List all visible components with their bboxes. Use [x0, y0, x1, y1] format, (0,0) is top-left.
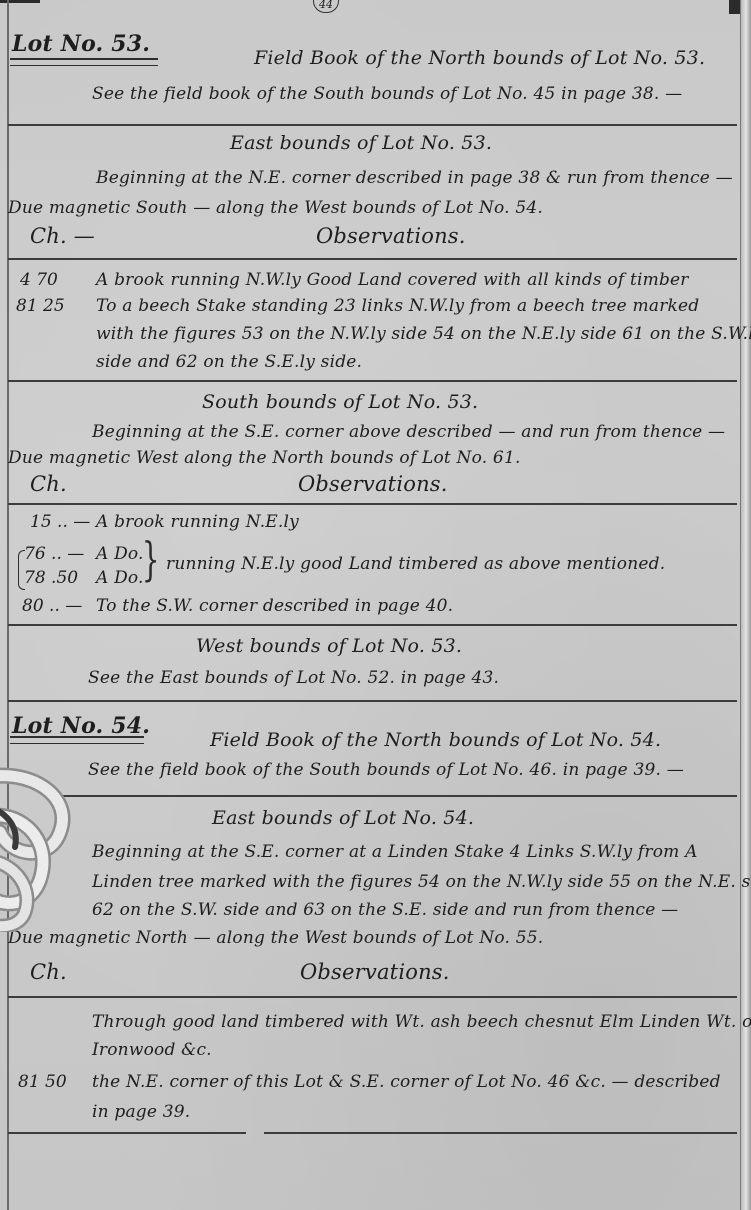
lot-53-north-title: Field Book of the North bounds of Lot No… [254, 48, 705, 68]
chains-value: 4 70 [20, 270, 58, 290]
lot-54-north-reference: See the field book of the South bounds o… [88, 760, 684, 780]
lot-54-east-beginning: 62 on the S.W. side and 63 on the S.E. s… [92, 900, 678, 920]
margin-rule [7, 0, 9, 1210]
lot-53-label: Lot No. 53. [12, 34, 150, 54]
lot-54-label: Lot No. 54. [12, 716, 150, 736]
bracket-mark [18, 550, 25, 590]
observation-text: To a beech Stake standing 23 links N.W.l… [96, 296, 699, 316]
section-divider [8, 996, 737, 998]
observation-text: side and 62 on the S.E.ly side. [96, 352, 362, 372]
observations-header: Observations. [300, 962, 450, 982]
observations-header: Observations. [298, 474, 448, 494]
brace-mark: } [142, 536, 160, 582]
section-divider [8, 1132, 246, 1134]
bracket-note: running N.E.ly good Land timbered as abo… [166, 554, 665, 574]
observation-text: Through good land timbered with Wt. ash … [92, 1012, 751, 1032]
manuscript-page: 44 Lot No. 53. Field Book of the North b… [0, 0, 751, 1210]
observation-text: with the figures 53 on the N.W.ly side 5… [96, 324, 751, 344]
section-divider [8, 258, 737, 260]
lot-54-north-title: Field Book of the North bounds of Lot No… [210, 730, 661, 750]
rope-knot-image [0, 762, 72, 932]
chains-header: Ch. [30, 962, 67, 982]
page-corner-shadow [0, 0, 40, 3]
section-divider [8, 380, 737, 382]
chains-header: Ch. [30, 474, 67, 494]
lot-53-south-title: South bounds of Lot No. 53. [202, 392, 478, 412]
chains-value: 78 .50 [24, 568, 78, 588]
lot-53-underline [10, 58, 158, 66]
observation-text: To the S.W. corner described in page 40. [96, 596, 453, 616]
lot-53-east-beginning: Beginning at the N.E. corner described i… [96, 168, 733, 188]
section-divider [44, 795, 284, 797]
observation-text: A brook running N.E.ly [96, 512, 299, 532]
observation-text: A brook running N.W.ly Good Land covered… [96, 270, 689, 290]
page-number: 44 [313, 0, 339, 13]
lot-54-underline [10, 736, 144, 744]
section-divider [8, 124, 737, 126]
observation-text: the N.E. corner of this Lot & S.E. corne… [92, 1072, 721, 1092]
section-divider [8, 624, 737, 626]
lot-53-south-beginning: Beginning at the S.E. corner above descr… [92, 422, 725, 442]
lot-54-east-beginning: Beginning at the S.E. corner at a Linden… [92, 842, 698, 862]
observation-text: in page 39. [92, 1102, 190, 1122]
lot-54-east-beginning: Linden tree marked with the figures 54 o… [92, 872, 751, 892]
section-divider [8, 503, 737, 505]
lot-53-north-reference: See the field book of the South bounds o… [92, 84, 682, 104]
lot-53-east-course: Due magnetic South — along the West boun… [8, 198, 543, 218]
chains-value: 76 .. — [24, 544, 84, 564]
chains-value: 15 .. — [30, 512, 90, 532]
section-divider [264, 1132, 737, 1134]
lot-54-east-course: Due magnetic North — along the West boun… [8, 928, 543, 948]
lot-53-south-course: Due magnetic West along the North bounds… [8, 448, 521, 468]
lot-53-west-reference: See the East bounds of Lot No. 52. in pa… [88, 668, 499, 688]
observation-text: A Do. [96, 544, 144, 564]
observations-header: Observations. [316, 226, 466, 246]
chains-value: 81 25 [16, 296, 65, 316]
observation-text: A Do. [96, 568, 144, 588]
observation-text: Ironwood &c. [92, 1040, 212, 1060]
chains-value: 80 .. — [22, 596, 82, 616]
lot-53-east-title: East bounds of Lot No. 53. [230, 133, 492, 153]
chains-header: Ch. — [30, 226, 95, 246]
lot-54-east-title: East bounds of Lot No. 54. [212, 808, 474, 828]
chains-value: 81 50 [18, 1072, 67, 1092]
lot-53-west-title: West bounds of Lot No. 53. [196, 636, 462, 656]
section-divider [262, 795, 737, 797]
section-divider [8, 700, 737, 702]
